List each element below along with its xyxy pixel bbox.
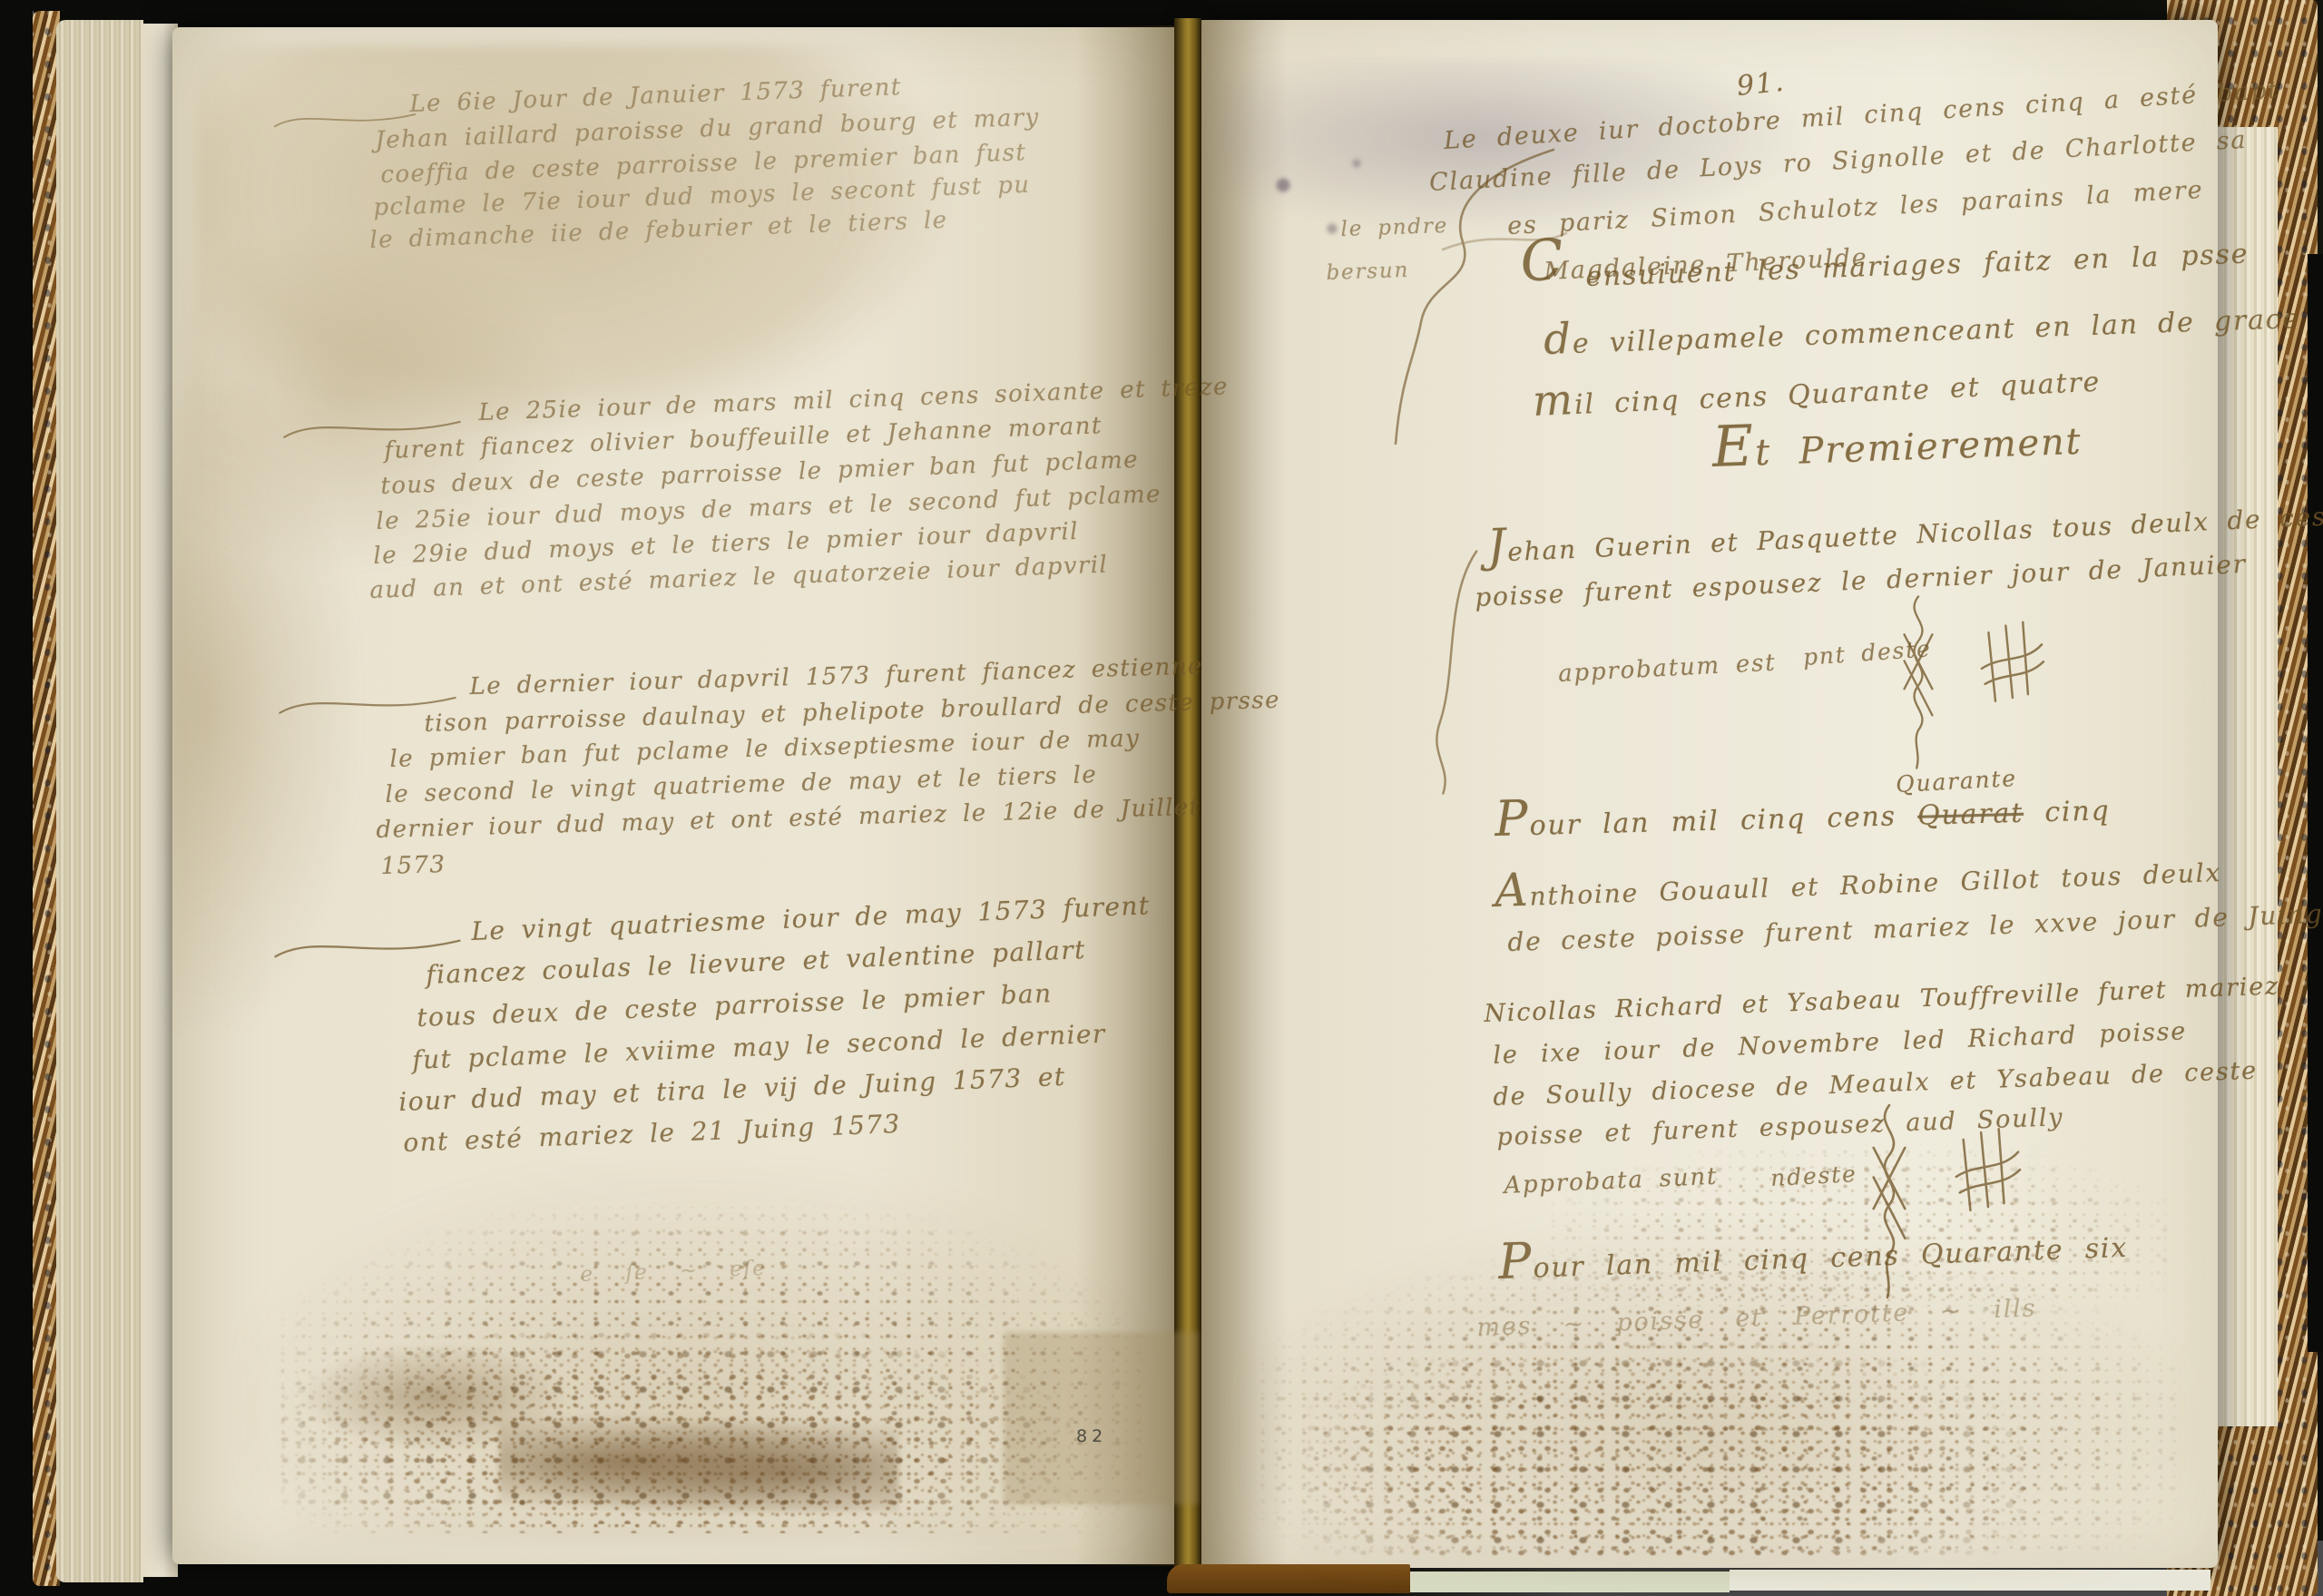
page-number: 91. — [1735, 66, 1786, 103]
foxing — [1543, 1143, 2178, 1307]
heading-initial: C — [1518, 226, 1567, 295]
photograph-of-open-register: Le 6ie Jour de Januier 1573 furent Jehan… — [0, 0, 2323, 1596]
notary-paraph-icon — [1976, 619, 2045, 713]
page-edges-left — [56, 20, 143, 1582]
mold-clump — [299, 1343, 572, 1452]
flourish-icon — [1421, 541, 1485, 804]
foxing — [1298, 1334, 2024, 1561]
flourish-icon — [272, 929, 463, 962]
year-text: cinq — [2024, 795, 2111, 828]
handwritten-line: 1573 — [380, 851, 446, 880]
folio-stamp: 82 — [1076, 1426, 1107, 1446]
smudge-dots — [1234, 127, 1397, 272]
background-sliver — [2308, 254, 2323, 1352]
notary-monogram-icon — [1889, 592, 1947, 773]
struck-word: Quarat — [1917, 798, 2024, 832]
